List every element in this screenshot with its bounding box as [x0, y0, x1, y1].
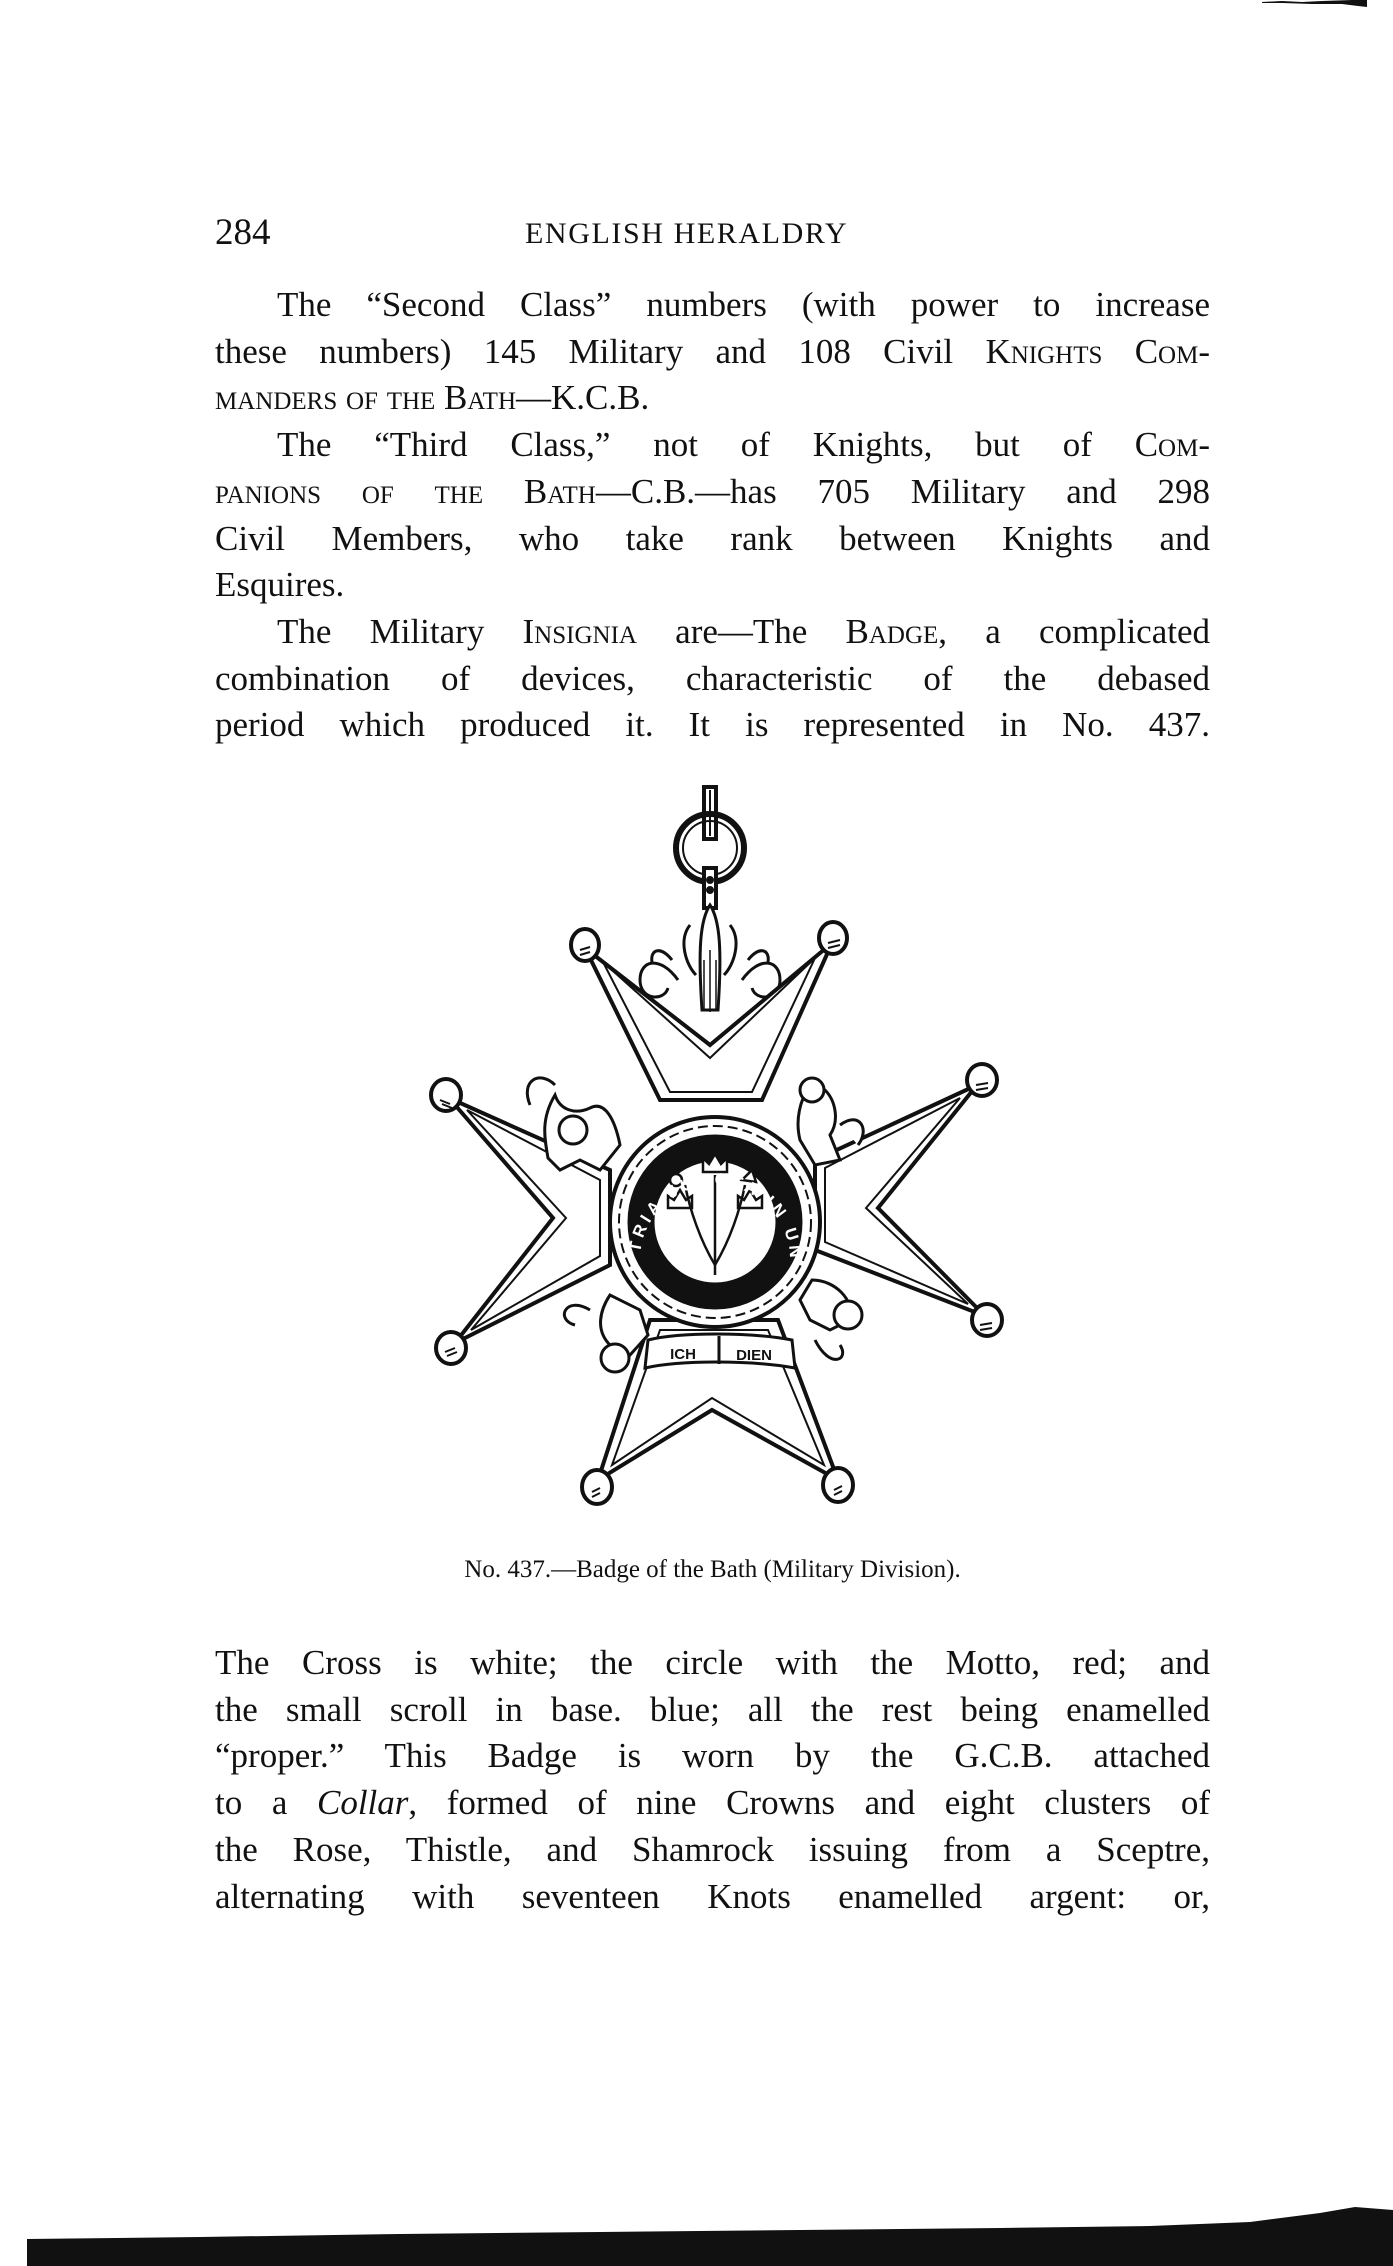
text-line: the Rose, Thistle, and Shamrock issuing …: [215, 1827, 1210, 1874]
running-title: ENGLISH HERALDRY: [525, 212, 848, 256]
text-line: Civil Members, who take rank between Kni…: [215, 516, 1210, 563]
lion-icon: [800, 1280, 862, 1359]
italic-term: Collar: [317, 1783, 408, 1822]
text-line: alternating with seventeen Knots enamell…: [215, 1874, 1210, 1921]
scan-artifact-top: [1262, 0, 1367, 7]
svg-text:ICH: ICH: [670, 1346, 696, 1363]
running-head: 284 ENGLISH HERALDRY: [215, 208, 1210, 258]
text-line: “proper.” This Badge is worn by the G.C.…: [215, 1733, 1210, 1780]
text-line: The “Third Class,” not of Knights, but o…: [215, 422, 1210, 469]
scan-artifact-bottom: [0, 2190, 1393, 2266]
body-text-bottom: The Cross is white; the circle with the …: [215, 1640, 1210, 1920]
book-page: 284 ENGLISH HERALDRY The “Second Class” …: [0, 0, 1393, 2266]
figure-caption: No. 437.—Badge of the Bath (Military Div…: [215, 1550, 1210, 1590]
text-line: The Cross is white; the circle with the …: [215, 1640, 1210, 1687]
page-number: 284: [215, 208, 271, 258]
text-line: to a Collar, formed of nine Crowns and e…: [215, 1780, 1210, 1827]
text-line: manders of the Bath—K.C.B.: [215, 375, 1210, 422]
text-line: The Military Insignia are—The Badge, a c…: [215, 609, 1210, 656]
text-line: period which produced it. It is represen…: [215, 702, 1210, 749]
paragraph-third-class: The “Third Class,” not of Knights, but o…: [215, 422, 1210, 609]
acanthus-ornament-icon: [640, 905, 780, 1012]
figure-badge-of-the-bath: TRIA JUNCTA IN UNO ICH DIEN: [380, 770, 1040, 1520]
paragraph-military-insignia: The Military Insignia are—The Badge, a c…: [215, 609, 1210, 749]
text-line: Esquires.: [215, 562, 1210, 609]
text-line: combination of devices, characteristic o…: [215, 656, 1210, 703]
badge-illustration: TRIA JUNCTA IN UNO ICH DIEN: [380, 770, 1040, 1520]
text-line: these numbers) 145 Military and 108 Civi…: [215, 329, 1210, 376]
svg-text:DIEN: DIEN: [736, 1347, 772, 1364]
paragraph-second-class: The “Second Class” numbers (with power t…: [215, 282, 1210, 422]
ich-dien-scroll: ICH DIEN: [645, 1334, 795, 1368]
suspension-ring-icon: [676, 787, 744, 908]
text-line: panions of the Bath—C.B.—has 705 Militar…: [215, 469, 1210, 516]
text-line: The “Second Class” numbers (with power t…: [215, 282, 1210, 329]
text-line: the small scroll in base. blue; all the …: [215, 1687, 1210, 1734]
body-text-top: The “Second Class” numbers (with power t…: [215, 282, 1210, 749]
